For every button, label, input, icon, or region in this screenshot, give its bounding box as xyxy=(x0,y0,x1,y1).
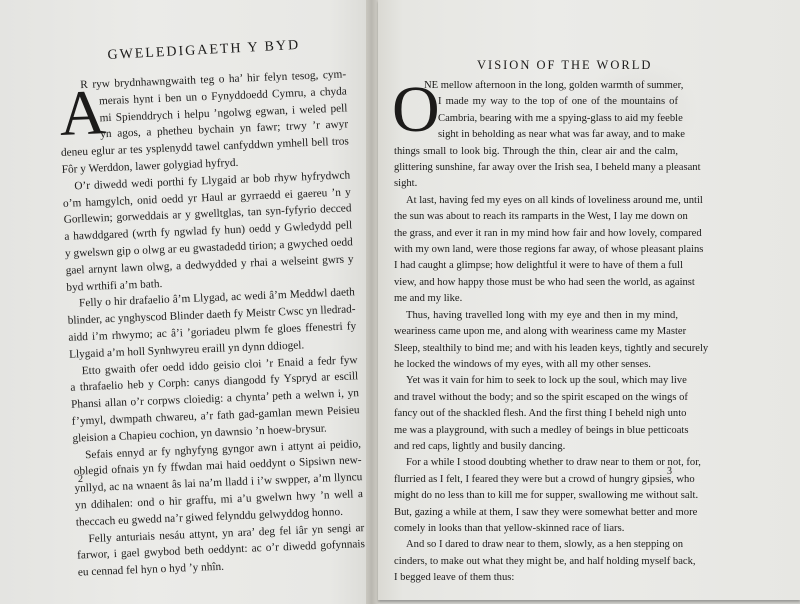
text-line: things small to look big. Through the th… xyxy=(394,144,678,160)
text-line: the grass, and ever it ran in my mind ho… xyxy=(394,226,678,242)
text-line: the sun was about to reach its ramparts … xyxy=(394,209,678,225)
text-line: weariness came upon me, and along with w… xyxy=(394,324,678,340)
text-line: and travel without the body; and so the … xyxy=(394,390,678,406)
english-chapter-heading: VISION OF THE WORLD xyxy=(477,58,652,73)
left-page: GWELEDIGAETH Y BYD A R ryw brydnhawngwai… xyxy=(0,0,366,604)
text-line: me was a playground, with such a medley … xyxy=(394,423,678,439)
dropcap-letter: A xyxy=(58,80,107,146)
text-line: I begged leave of them thus: xyxy=(394,570,678,586)
text-line: flurried as I felt, I feared they were b… xyxy=(394,472,678,488)
text-line: view, and how happy those must be who ha… xyxy=(394,275,678,291)
text-line: fancy out of the shackled flesh. And the… xyxy=(394,406,678,422)
text-line: Thus, having travelled long with my eye … xyxy=(394,308,678,324)
text-line: me and my like. xyxy=(394,291,678,307)
text-line: At last, having fed my eyes on all kinds… xyxy=(394,193,678,209)
welsh-body-text: A R ryw brydnhawngwaith teg o ha’ hir fe… xyxy=(58,66,366,581)
text-line: Yet was it vain for him to seek to lock … xyxy=(394,373,678,389)
text-line: comely in looks than that yellow-skinned… xyxy=(394,521,678,537)
text-line: I had caught a glimpse; how delightful i… xyxy=(394,258,678,274)
text-line: cinders, to make out what they might be,… xyxy=(394,554,678,570)
welsh-chapter-heading: GWELEDIGAETH Y BYD xyxy=(107,38,300,64)
text-line: For a while I stood doubting whether to … xyxy=(394,455,678,471)
text-line: and red caps, lightly and busily dancing… xyxy=(394,439,678,455)
text-line: And so I dared to draw near to them, slo… xyxy=(394,537,678,553)
text-line: glittering sunshine, far away over the I… xyxy=(394,160,678,176)
page-number-left: 2 xyxy=(78,474,83,485)
text-line: sight. xyxy=(394,176,678,192)
english-body-text: O NE mellow afternoon in the long, golde… xyxy=(394,78,678,587)
page-number-right: 3 xyxy=(667,466,672,477)
text-line: Sleep, stealthily to bind me; and with h… xyxy=(394,341,678,357)
text-line: with my own land, were those regions far… xyxy=(394,242,678,258)
dropcap-letter: O xyxy=(392,78,440,142)
right-page: VISION OF THE WORLD O NE mellow afternoo… xyxy=(378,0,800,600)
text-line: he locked the windows of my eyes, with a… xyxy=(394,357,678,373)
text-line: But, gazing a while at them, I saw they … xyxy=(394,505,678,521)
text-line: might do no less than to kill me for sup… xyxy=(394,488,678,504)
